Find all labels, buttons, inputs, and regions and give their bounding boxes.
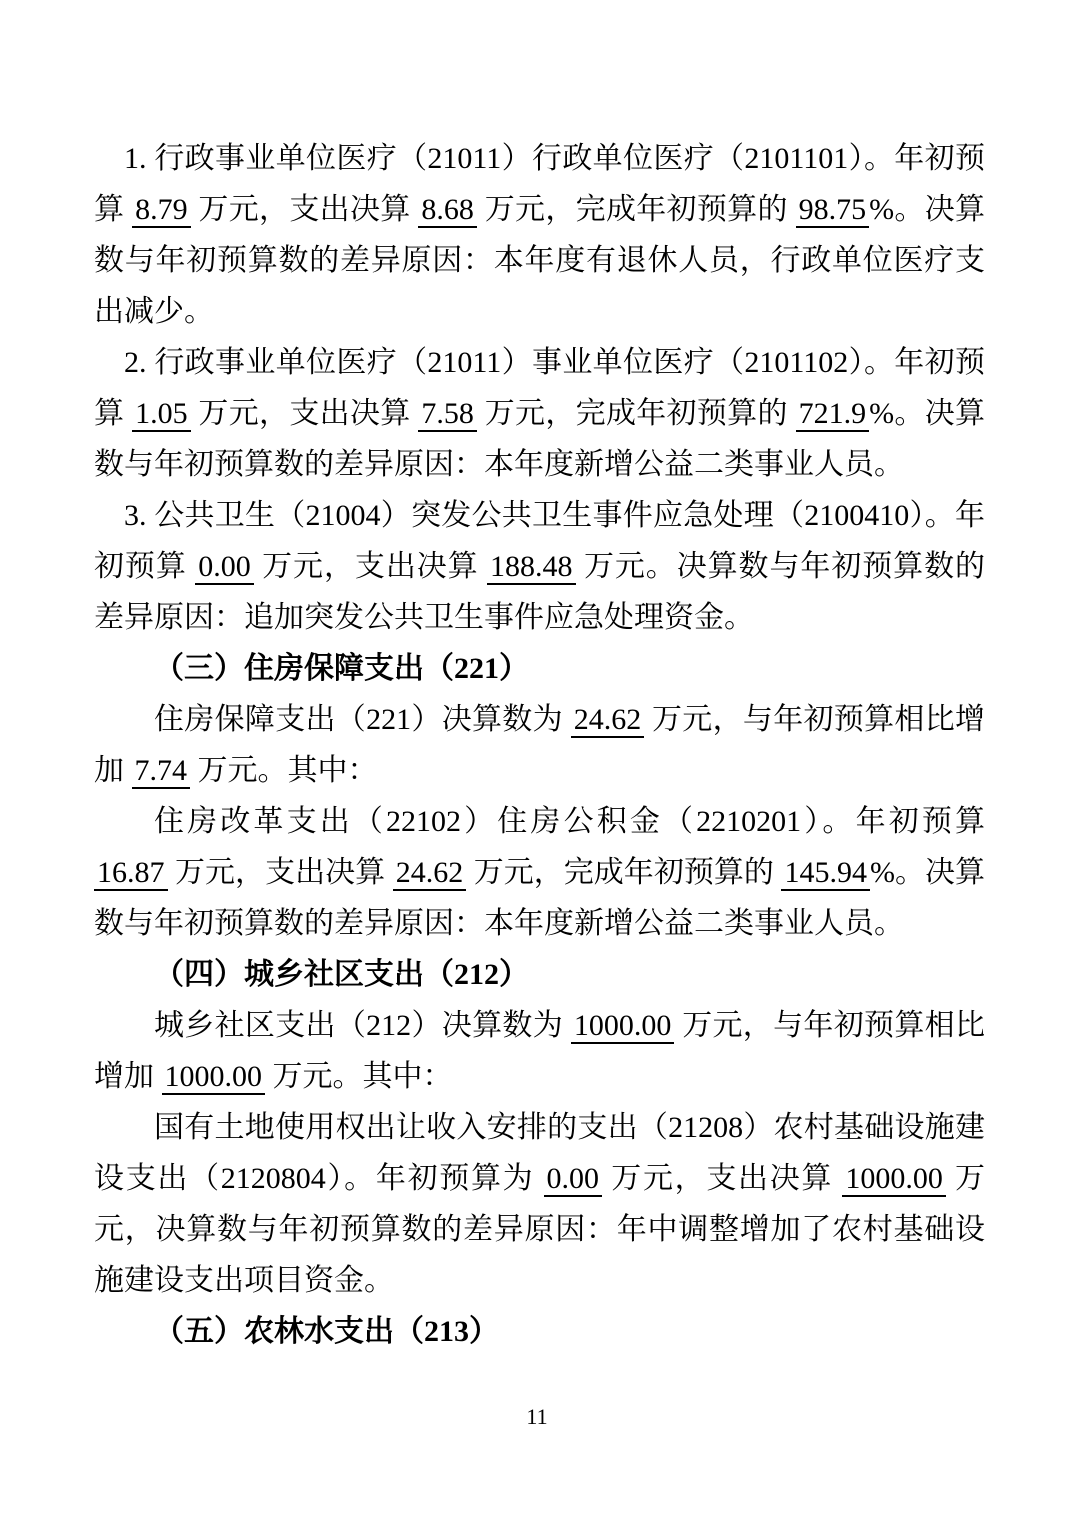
item-2-institution-unit-medical: 2. 行政事业单位医疗（21011）事业单位医疗（2101102）。年初预算 1… [94, 337, 985, 490]
underlined-value: 8.79 [132, 193, 191, 228]
housing-summary: 住房保障支出（221）决算数为 24.62 万元，与年初预算相比增加 7.74 … [94, 694, 985, 796]
underlined-value: 24.62 [393, 856, 467, 891]
page-number: 11 [526, 1404, 547, 1429]
document-page: 1. 行政事业单位医疗（21011）行政单位医疗（2101101）。年初预算 8… [0, 0, 1074, 1357]
heading-section-4-urban-rural-community: （四）城乡社区支出（212） [94, 949, 985, 1000]
underlined-value: 0.00 [195, 550, 254, 585]
text-run: 万元，支出决算 [191, 193, 419, 226]
text-run: 万元。其中： [190, 754, 378, 787]
underlined-value: 1000.00 [162, 1060, 266, 1095]
underlined-value: 16.87 [94, 856, 168, 891]
item-3-public-health-emergency: 3. 公共卫生（21004）突发公共卫生事件应急处理（2100410）。年初预算… [94, 490, 985, 643]
text-run: 万元，支出决算 [168, 856, 393, 889]
text-run: （五）农林水支出（213） [154, 1315, 499, 1348]
urban-rural-summary: 城乡社区支出（212）决算数为 1000.00 万元，与年初预算相比增加 100… [94, 1000, 985, 1102]
underlined-value: 721.9 [796, 397, 870, 432]
text-run: 万元，支出决算 [191, 397, 419, 430]
heading-section-5-agriculture-forestry-water: （五）农林水支出（213） [94, 1306, 985, 1357]
text-run: 万元，完成年初预算的 [466, 856, 781, 889]
document-body: 1. 行政事业单位医疗（21011）行政单位医疗（2101101）。年初预算 8… [0, 0, 1074, 1357]
underlined-value: 98.75 [796, 193, 870, 228]
underlined-value: 0.00 [544, 1162, 603, 1197]
underlined-value: 188.48 [487, 550, 576, 585]
text-run: 住房改革支出（22102）住房公积金（2210201）。年初预算 [154, 805, 993, 838]
land-transfer-detail: 国有土地使用权出让收入安排的支出（21208）农村基础设施建设支出（212080… [94, 1102, 985, 1306]
text-run: 万元，支出决算 [254, 550, 487, 583]
underlined-value: 1000.00 [571, 1009, 675, 1044]
underlined-value: 1.05 [132, 397, 191, 432]
underlined-value: 1000.00 [842, 1162, 946, 1197]
underlined-value: 8.68 [418, 193, 477, 228]
heading-section-3-housing: （三）住房保障支出（221） [94, 643, 985, 694]
text-run: （四）城乡社区支出（212） [154, 958, 529, 991]
page-footer: 11 [0, 1402, 1074, 1432]
text-run: （三）住房保障支出（221） [154, 652, 529, 685]
text-run: 城乡社区支出（212）决算数为 [154, 1009, 571, 1042]
underlined-value: 145.94 [781, 856, 870, 891]
text-run: 万元。其中： [265, 1060, 453, 1093]
underlined-value: 24.62 [571, 703, 645, 738]
underlined-value: 7.58 [418, 397, 477, 432]
text-run: 万元，完成年初预算的 [477, 193, 796, 226]
text-run: 住房保障支出（221）决算数为 [154, 703, 571, 736]
underlined-value: 7.74 [132, 754, 191, 789]
text-run: 万元，支出决算 [602, 1162, 842, 1195]
text-run: 万元，完成年初预算的 [477, 397, 796, 430]
housing-fund-detail: 住房改革支出（22102）住房公积金（2210201）。年初预算 16.87 万… [94, 796, 985, 949]
item-1-admin-unit-medical: 1. 行政事业单位医疗（21011）行政单位医疗（2101101）。年初预算 8… [94, 133, 985, 337]
